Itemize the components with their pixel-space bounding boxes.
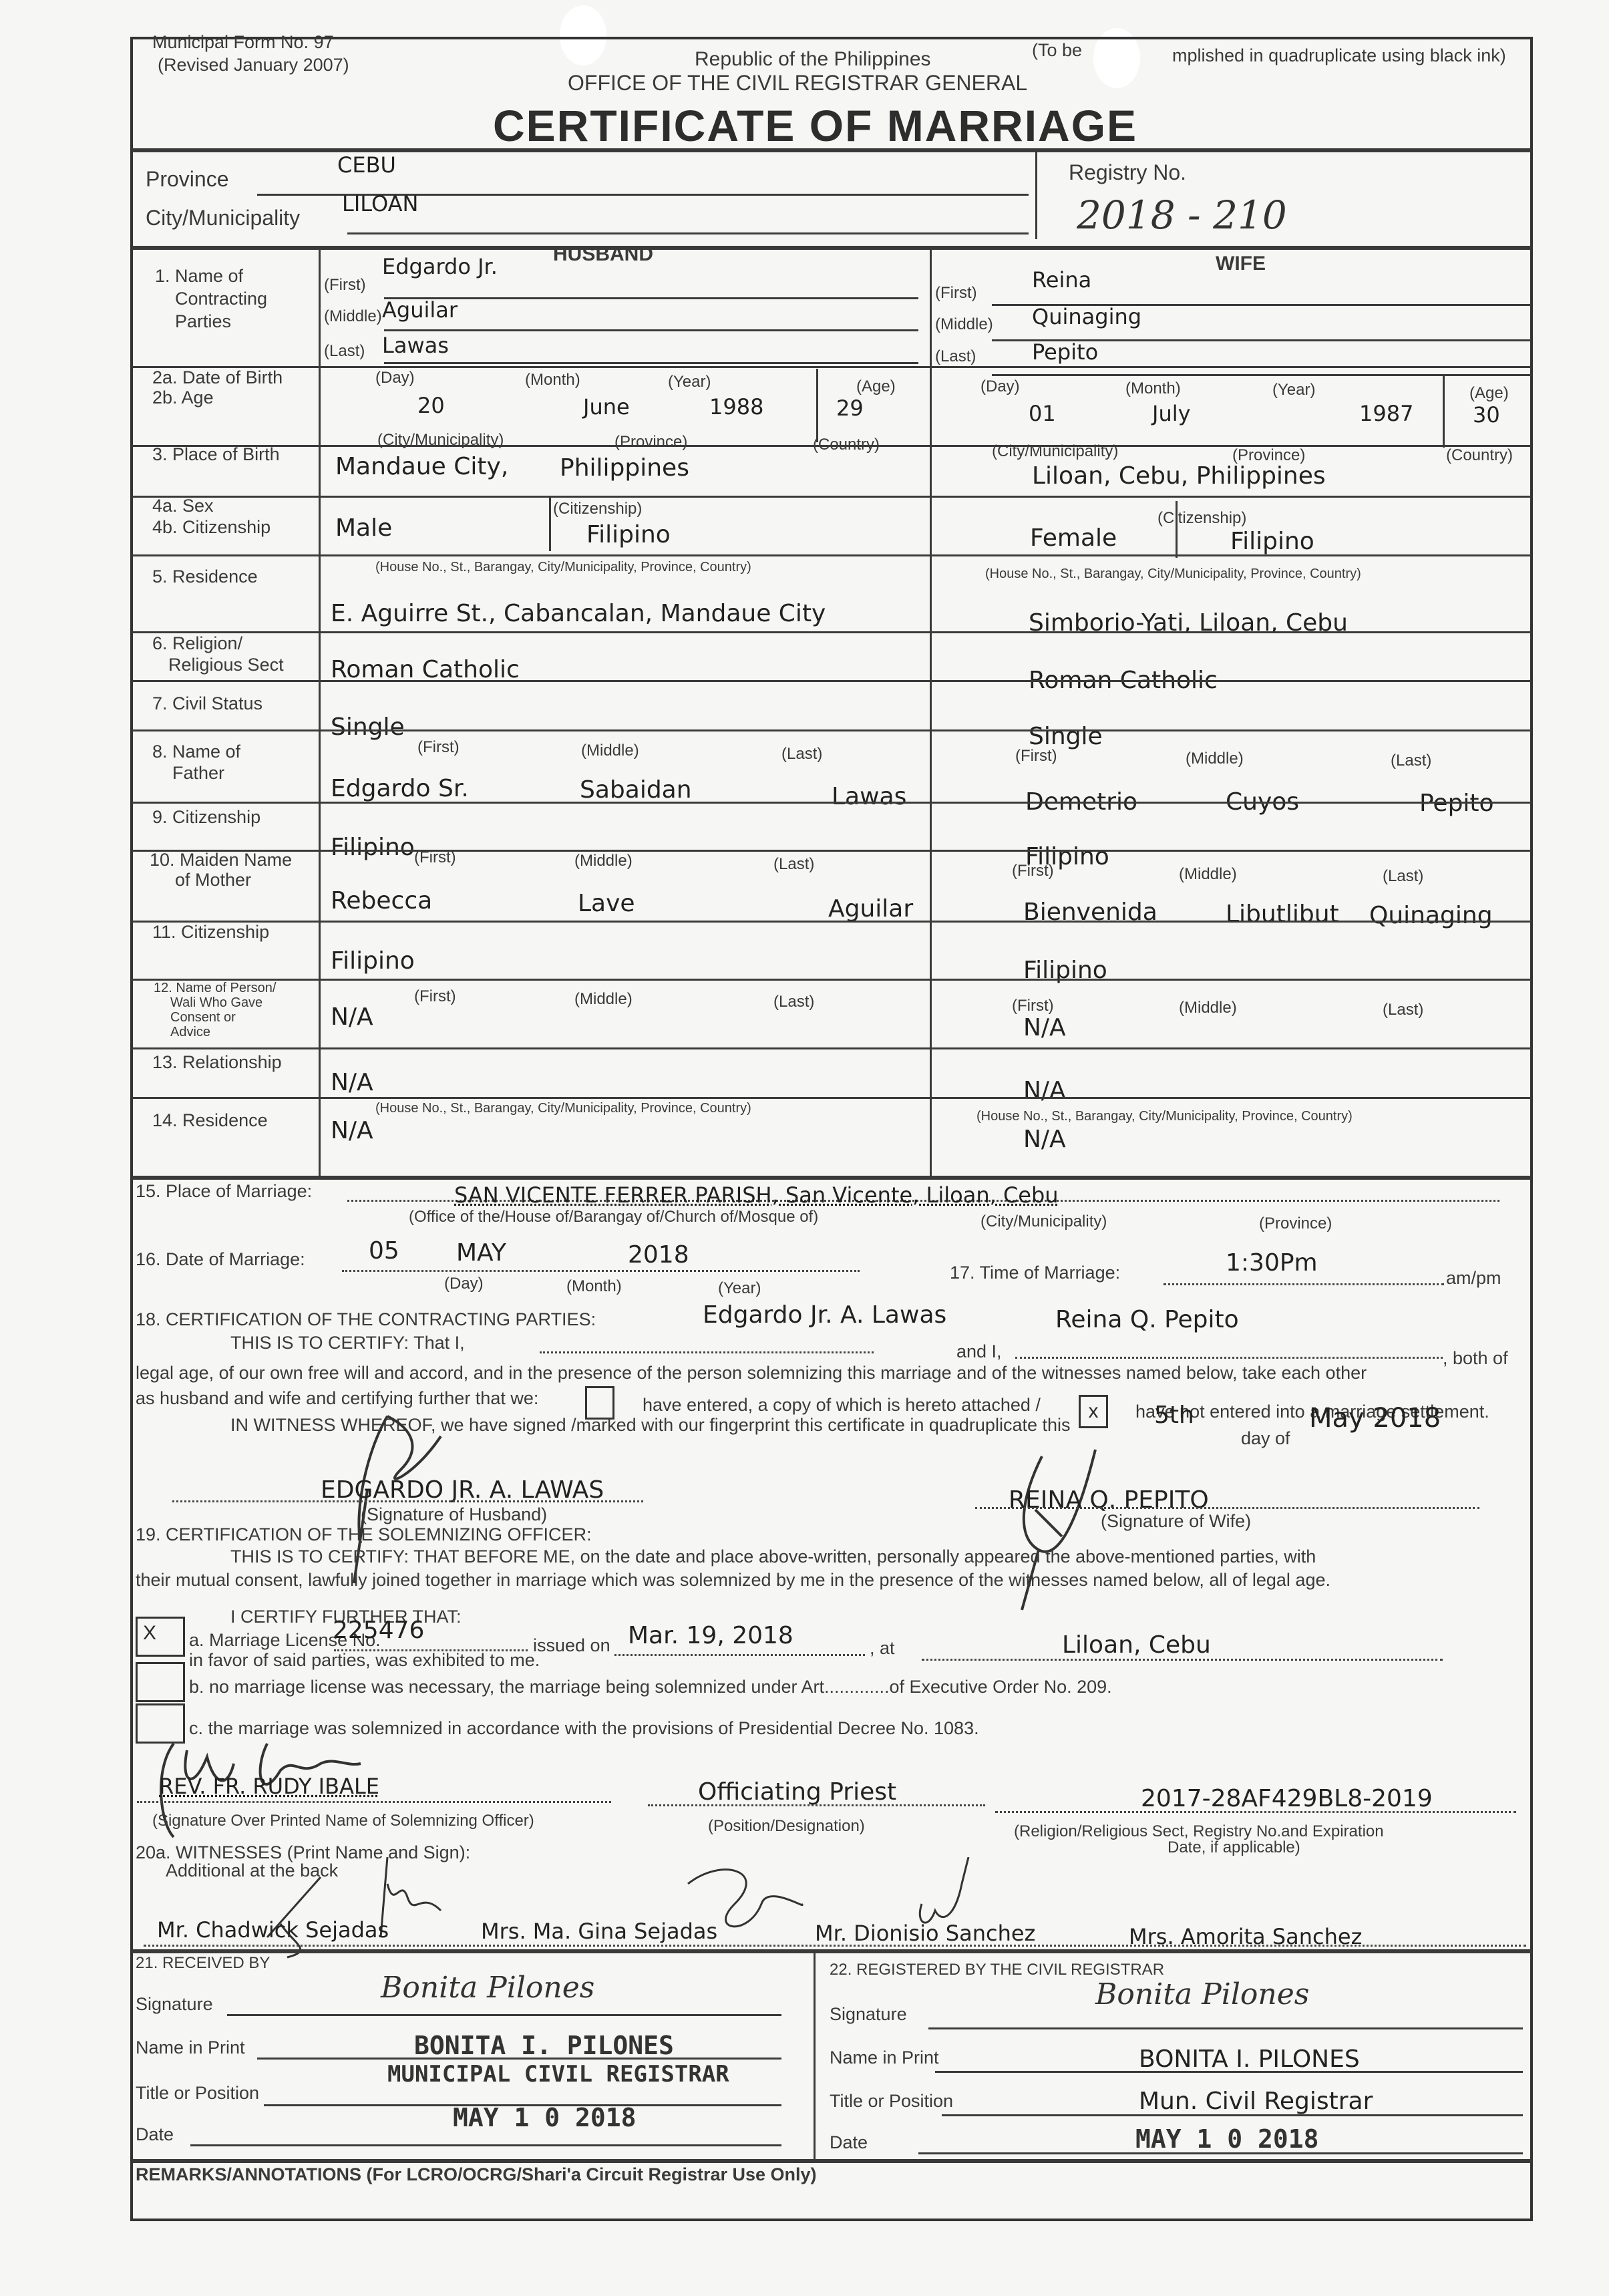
husband-middle-name: Aguilar (382, 297, 458, 323)
registered-title: Mun. Civil Registrar (1139, 2088, 1373, 2115)
sublabel: (Year) (668, 373, 711, 391)
sublabel: (Last) (324, 342, 365, 361)
row-label-name: Contracting (175, 289, 267, 309)
row-label-mother: of Mother (175, 870, 251, 890)
sublabel: (First) (324, 276, 366, 295)
wife-mother-last: Quinaging (1369, 902, 1493, 929)
sublabel: (Country) (1446, 446, 1513, 465)
time-of-marriage-label: 17. Time of Marriage: (950, 1263, 1120, 1283)
officer-signature-label: (Signature Over Printed Name of Solemniz… (152, 1812, 534, 1830)
sublabel: (First) (1012, 997, 1054, 1015)
sublabel: (Last) (773, 993, 814, 1011)
sublabel: (Day) (980, 377, 1020, 396)
received-date-label: Date (136, 2124, 174, 2145)
received-name-label: Name in Print (136, 2037, 245, 2058)
wife-middle-name: Quinaging (1032, 304, 1141, 329)
sublabel: (Last) (935, 347, 976, 366)
field-line (227, 2014, 781, 2016)
husband-father-first: Edgardo Sr. (331, 775, 469, 802)
husband-dob-year: 1988 (709, 394, 763, 420)
registered-heading: 22. REGISTERED BY THE CIVIL REGISTRAR (830, 1961, 1164, 1979)
am-pm-label: am/pm (1446, 1268, 1501, 1289)
row-label-father-citizenship: 9. Citizenship (152, 807, 260, 828)
wife-sex: Female (1030, 524, 1117, 552)
husband-first-name: Edgardo Jr. (382, 254, 498, 279)
wife-signature-label: (Signature of Wife) (1101, 1511, 1251, 1532)
sublabel: (Last) (773, 855, 814, 874)
received-signature: Bonita Pilones (381, 1971, 594, 2005)
sublabel: (Month) (566, 1277, 622, 1296)
husband-civil-status: Single (331, 713, 405, 741)
signature-line (975, 1506, 1479, 1509)
husband-father-last: Lawas (832, 783, 906, 810)
sublabel: (Middle) (574, 852, 633, 870)
husband-birth-province: Philippines (560, 454, 689, 482)
witness-2: Mrs. Ma. Gina Sejadas (481, 1919, 717, 1944)
husband-mother-first: Rebecca (331, 887, 432, 915)
cert18-text: as husband and wife and certifying furth… (136, 1388, 538, 1409)
row-label-age: 2b. Age (152, 387, 214, 408)
row-label-citizenship: 4b. Citizenship (152, 517, 271, 538)
wife-civil-status: Single (1029, 723, 1103, 750)
cert18-wife-name: Reina Q. Pepito (1055, 1306, 1239, 1333)
document-title: CERTIFICATE OF MARRIAGE (493, 100, 1137, 151)
row-label-dob: 2a. Date of Birth (152, 367, 283, 388)
field-line (614, 1653, 865, 1656)
wife-citizenship: Filipino (1230, 528, 1314, 555)
label-column-divider (319, 246, 321, 1178)
sublabel: (Middle) (1179, 865, 1237, 884)
row-label-religion: Religious Sect (168, 655, 284, 675)
cert18-text: , both of (1443, 1348, 1508, 1369)
cert19-option-a: , at (870, 1638, 895, 1659)
republic-label: Republic of the Philippines (695, 48, 931, 71)
instruction-right: mplished in quadruplicate using black in… (1172, 45, 1506, 66)
marriage-license-number: 225476 (333, 1617, 424, 1644)
husband-dob-day: 20 (417, 393, 445, 418)
cert18-heading: 18. CERTIFICATION OF THE CONTRACTING PAR… (136, 1309, 596, 1330)
witness-signatures-icon (254, 1857, 1189, 1971)
row-label-consent: Advice (170, 1025, 210, 1040)
cert19-text: THIS IS TO CERTIFY: THAT BEFORE ME, on t… (230, 1546, 1316, 1567)
sublabel: (First) (417, 738, 460, 757)
sublabel: (Month) (525, 371, 580, 389)
sublabel: (Province) (1259, 1214, 1332, 1233)
received-signature-label: Signature (136, 1994, 213, 2015)
cert19-heading: 19. CERTIFICATION OF THE SOLEMNIZING OFF… (136, 1524, 592, 1545)
place-of-marriage-label: 15. Place of Marriage: (136, 1181, 312, 1202)
husband-last-name: Lawas (382, 333, 449, 358)
husband-header: HUSBAND (553, 243, 653, 266)
office-label: OFFICE OF THE CIVIL REGISTRAR GENERAL (568, 71, 1027, 96)
sublabel: (Office of the/House of/Barangay of/Chur… (409, 1208, 818, 1226)
officer-registry-number: 2017-28AF429BL8-2019 (1141, 1785, 1433, 1812)
field-line (257, 2058, 781, 2060)
row-label-sex: 4a. Sex (152, 496, 214, 516)
cert18-text: THIS IS TO CERTIFY: That I, (230, 1333, 465, 1353)
row-divider (132, 366, 1532, 368)
signature-line (172, 1500, 643, 1502)
section-divider (132, 1949, 1532, 1953)
witness-3: Mr. Dionisio Sanchez (815, 1921, 1035, 1946)
wife-signature-icon (1002, 1443, 1102, 1617)
row-label-birthplace: 3. Place of Birth (152, 444, 280, 465)
sublabel: (Middle) (1186, 750, 1244, 768)
row-divider (132, 631, 1532, 633)
husband-mother-middle: Lave (578, 890, 635, 917)
option-a-checkbox[interactable]: X (136, 1617, 185, 1657)
sublabel: (Age) (856, 377, 896, 396)
cert18-text: legal age, of our own free will and acco… (136, 1363, 1367, 1383)
row-label-relationship: 13. Relationship (152, 1052, 282, 1073)
registered-signature: Bonita Pilones (1095, 1977, 1309, 2011)
row-label-name: Parties (175, 311, 231, 332)
sublabel: (First) (414, 987, 456, 1006)
cert18-month-year-value: May 2018 (1309, 1403, 1441, 1434)
husband-sex: Male (335, 514, 392, 542)
sublabel: (First) (414, 848, 456, 867)
cert19-option-a: issued on (533, 1635, 610, 1656)
sublabel: (First) (935, 284, 977, 303)
cert19-option-a: in favor of said parties, was exhibited … (189, 1650, 540, 1671)
marriage-month: MAY (456, 1239, 506, 1267)
sublabel: (House No., St., Barangay, City/Municipa… (976, 1109, 1353, 1124)
registered-name: BONITA I. PILONES (1139, 2045, 1360, 2073)
form-number: Municipal Form No. 97 (152, 32, 334, 53)
sublabel: (House No., St., Barangay, City/Municipa… (375, 1101, 751, 1116)
sublabel: (Middle) (581, 742, 639, 760)
row-label-consent: 12. Name of Person/ (154, 981, 276, 996)
row-label-father: 8. Name of (152, 742, 240, 762)
registry-number: 2018 - 210 (1077, 192, 1287, 238)
field-line (384, 329, 918, 331)
marriage-settlement-not-entered-checkbox[interactable]: x (1079, 1395, 1108, 1428)
wife-consent-name: N/A (1023, 1014, 1066, 1041)
wife-first-name: Reina (1032, 267, 1091, 293)
husband-mother-citizenship: Filipino (331, 947, 415, 975)
row-divider (132, 729, 1532, 731)
field-line (1164, 1283, 1444, 1285)
husband-signature-label: (Signature of Husband) (361, 1504, 547, 1525)
sublabel: (Country) (813, 436, 880, 454)
field-line (190, 2144, 781, 2146)
sublabel: (Last) (781, 745, 822, 764)
sublabel: (Middle) (1179, 999, 1237, 1017)
sublabel: (Day) (444, 1275, 484, 1293)
officer-position-label: (Position/Designation) (708, 1817, 865, 1836)
form-revision: (Revised January 2007) (158, 55, 349, 75)
row-label-name: 1. Name of (155, 266, 243, 287)
cert19-option-b: b. no marriage license was necessary, th… (189, 1677, 1112, 1697)
field-line (942, 2114, 1523, 2116)
sublabel: (Year) (1272, 381, 1315, 399)
sublabel: (Middle) (574, 990, 633, 1009)
wife-last-name: Pepito (1032, 339, 1098, 365)
sublabel: (First) (1012, 862, 1054, 880)
field-line (928, 2027, 1523, 2029)
registered-date-stamp: MAY 1 0 2018 (1135, 2124, 1319, 2154)
wife-printed-name: REINA Q. PEPITO (1009, 1486, 1209, 1514)
field-line (1015, 1356, 1443, 1359)
signature-line (137, 1800, 611, 1803)
received-date-stamp: MAY 1 0 2018 (453, 2103, 637, 2132)
cert18-text: have entered, a copy of which is hereto … (643, 1395, 1041, 1416)
sublabel: (Middle) (935, 315, 993, 334)
sublabel: (City/Municipality) (980, 1212, 1107, 1231)
wife-dob-day: 01 (1029, 401, 1056, 426)
registry-label: Registry No. (1069, 160, 1186, 185)
row-label-residence: 5. Residence (152, 566, 258, 587)
cert19-text: their mutual consent, lawfully joined to… (136, 1570, 1330, 1591)
row-divider (132, 496, 1532, 498)
wife-age: 30 (1473, 402, 1500, 428)
received-heading: 21. RECEIVED BY (136, 1954, 270, 1973)
row-label-civil-status: 7. Civil Status (152, 693, 262, 714)
row-label-consent: Consent or (170, 1010, 236, 1025)
place-of-marriage-value: SAN VICENTE FERRER PARISH, San Vicente, … (454, 1182, 1059, 1208)
row-divider (132, 979, 1532, 981)
sublabel: (Last) (1383, 1001, 1423, 1019)
witness-line (144, 1944, 1526, 1947)
row-label-mother: 10. Maiden Name (150, 850, 292, 870)
wife-dob-month: July (1152, 401, 1191, 426)
cert18-day-value: 5th (1154, 1402, 1194, 1429)
province-value: CEBU (337, 152, 396, 178)
row-label-consent: Wali Who Gave (170, 995, 262, 1011)
city-value: LILOAN (342, 191, 418, 216)
sublabel: (Day) (375, 369, 415, 387)
divider (132, 246, 1532, 250)
sublabel: (City/Municipality) (992, 442, 1118, 461)
time-of-marriage-value: 1:30Pm (1226, 1249, 1318, 1277)
cert18-husband-name: Edgardo Jr. A. Lawas (703, 1301, 946, 1329)
registered-signature-label: Signature (830, 2004, 907, 2025)
field-line (384, 297, 918, 299)
sublabel: (Year) (718, 1279, 761, 1298)
section-divider (132, 1176, 1532, 1180)
sublabel: (House No., St., Barangay, City/Municipa… (985, 566, 1361, 582)
option-b-checkbox[interactable] (136, 1662, 185, 1702)
received-title-stamp: MUNICIPAL CIVIL REGISTRAR (387, 2061, 729, 2088)
row-divider (132, 802, 1532, 804)
sublabel: (City/Municipality) (377, 431, 504, 450)
field-line (992, 374, 1532, 376)
husband-father-citizenship: Filipino (331, 834, 415, 861)
witness-1: Mr. Chadwick Sejadas (157, 1917, 389, 1943)
received-title-label: Title or Position (136, 2083, 259, 2104)
remarks-heading: REMARKS/ANNOTATIONS (For LCRO/OCRG/Shari… (136, 2164, 817, 2185)
field-line (540, 1351, 874, 1353)
wife-relationship: N/A (1023, 1077, 1066, 1104)
city-label: City/Municipality (146, 206, 300, 230)
received-name-stamp: BONITA I. PILONES (414, 2031, 674, 2060)
row-divider (132, 850, 1532, 852)
row-divider (132, 680, 1532, 682)
divider (549, 498, 551, 551)
row-label-religion: 6. Religion/ (152, 633, 242, 654)
sublabel: (Last) (1391, 752, 1431, 770)
husband-wife-divider (930, 246, 932, 1178)
husband-father-middle: Sabaidan (580, 776, 692, 804)
cert18-text: day of (1241, 1428, 1290, 1449)
row-divider (132, 921, 1532, 923)
husband-consent-residence: N/A (331, 1117, 373, 1144)
registered-name-label: Name in Print (830, 2047, 939, 2068)
date-of-marriage-label: 16. Date of Marriage: (136, 1249, 305, 1270)
sublabel: (Citizenship) (1157, 509, 1246, 528)
province-label: Province (146, 167, 229, 192)
row-label-consent-residence: 14. Residence (152, 1110, 268, 1131)
husband-relationship: N/A (331, 1069, 373, 1096)
row-divider (132, 554, 1532, 556)
section-divider (132, 2159, 1532, 2163)
field-line (918, 2152, 1523, 2154)
sublabel: (House No., St., Barangay, City/Municipa… (375, 560, 751, 575)
officer-position: Officiating Priest (698, 1778, 896, 1806)
sublabel: (Age) (1469, 384, 1509, 403)
wife-dob-year: 1987 (1359, 401, 1413, 426)
row-divider (132, 1047, 1532, 1049)
field-line (384, 362, 918, 364)
city-line (347, 232, 1029, 234)
instruction-left: (To be (1032, 40, 1082, 61)
field-line (342, 1269, 860, 1272)
license-issued-date: Mar. 19, 2018 (628, 1622, 793, 1649)
license-issued-place: Liloan, Cebu (1062, 1631, 1211, 1659)
wife-mother-middle: Libutlibut (1226, 900, 1339, 928)
husband-age: 29 (836, 395, 864, 421)
field-line (935, 2071, 1523, 2073)
wife-header: WIFE (1216, 253, 1266, 275)
husband-consent-name: N/A (331, 1003, 373, 1031)
husband-mother-last: Aguilar (828, 895, 913, 923)
registered-date-label: Date (830, 2132, 868, 2153)
row-label-mother-citizenship: 11. Citizenship (152, 922, 269, 943)
sublabel: (Month) (1125, 379, 1181, 398)
divider (1035, 152, 1037, 239)
husband-dob-month: June (583, 394, 630, 420)
husband-birth-city: Mandaue City, (335, 453, 508, 480)
cert18-text: and I, (956, 1341, 1002, 1362)
marriage-day: 05 (369, 1237, 399, 1265)
sublabel: (Last) (1383, 867, 1423, 886)
sublabel: (Province) (614, 433, 687, 452)
registered-title-label: Title or Position (830, 2091, 953, 2112)
wife-consent-residence: N/A (1023, 1126, 1066, 1153)
divider (1443, 374, 1445, 448)
row-label-father: Father (172, 763, 224, 784)
officer-registry-label: Date, if applicable) (1168, 1838, 1300, 1857)
divider (814, 1952, 816, 2159)
husband-citizenship: Filipino (586, 521, 671, 548)
divider (816, 369, 818, 442)
sublabel: (Citizenship) (553, 500, 642, 518)
marriage-year: 2018 (628, 1241, 689, 1269)
wife-birth-place: Liloan, Cebu, Philippines (1032, 462, 1326, 490)
husband-religion: Roman Catholic (331, 656, 520, 683)
sublabel: (First) (1015, 747, 1057, 766)
officer-printed-name: REV. FR. RUDY IBALE (159, 1774, 379, 1799)
row-divider (132, 1097, 1532, 1099)
husband-residence: E. Aguirre St., Cabancalan, Mandaue City (331, 600, 826, 627)
sublabel: (Middle) (324, 307, 382, 326)
